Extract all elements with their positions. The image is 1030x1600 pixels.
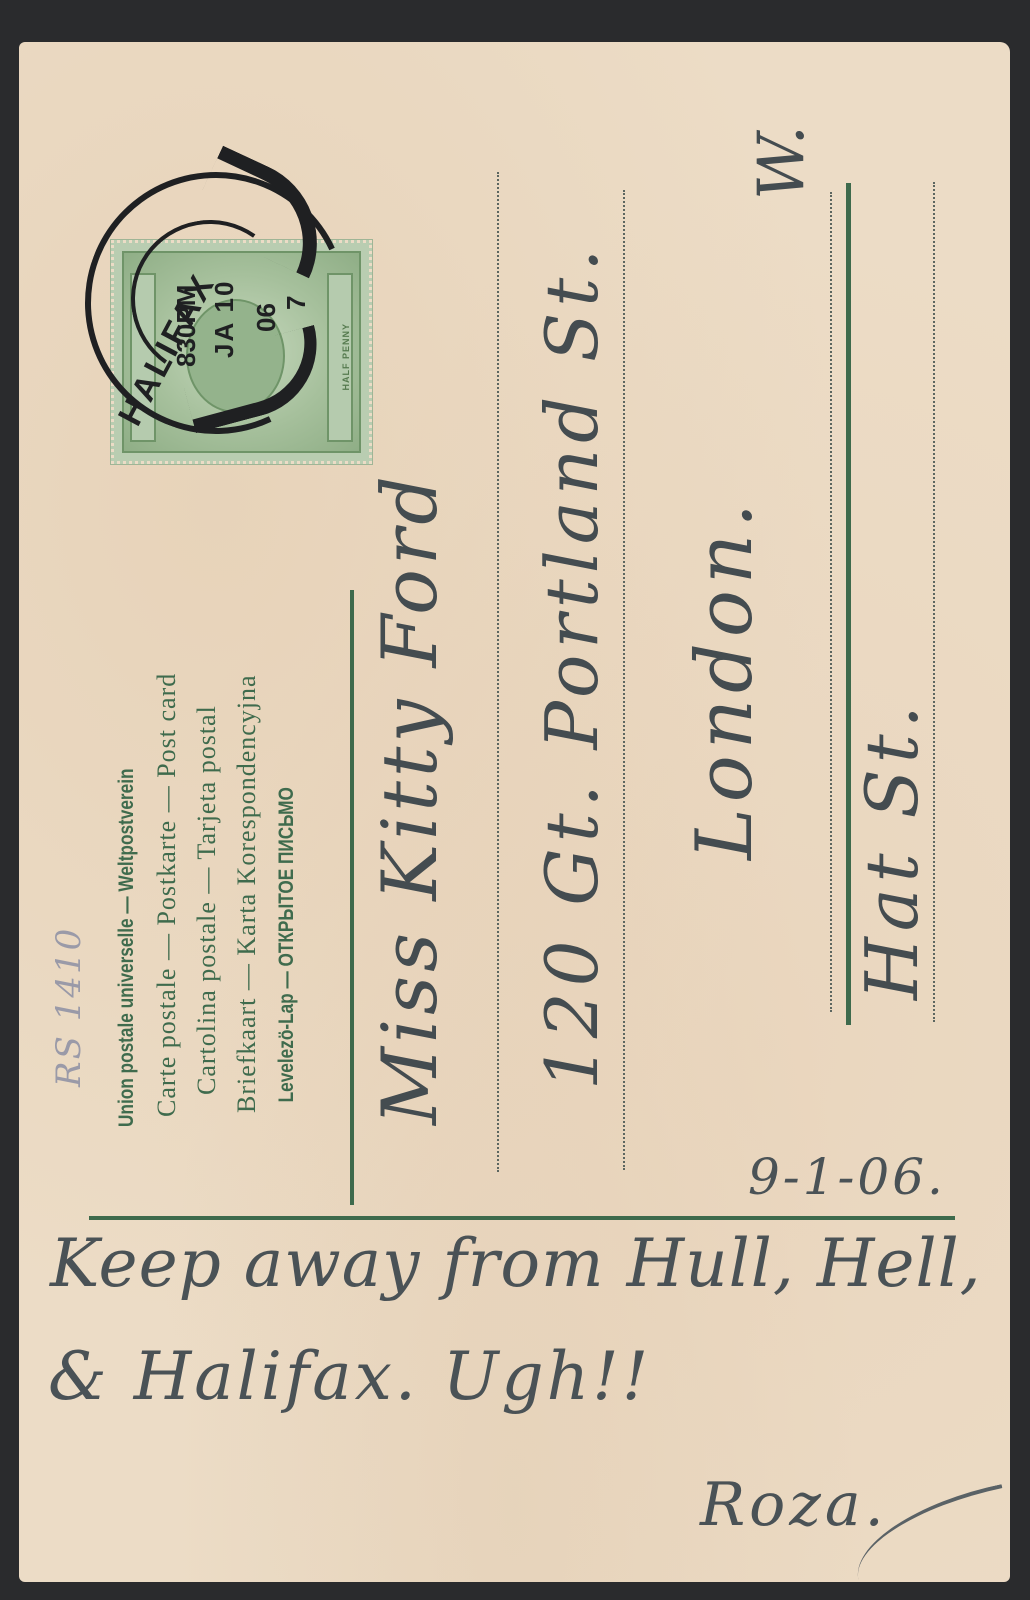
address-line-2: 120 Gt. Portland St. <box>530 243 614 1090</box>
archive-pencil-note: RS 1410 <box>49 927 89 1087</box>
divider-horizontal <box>89 1216 955 1220</box>
address-line-3-rule <box>830 192 832 1012</box>
address-line-1: Miss Kitty Ford <box>365 472 454 1125</box>
postmark-number: 7 <box>281 296 312 310</box>
divider-vertical-left <box>350 590 354 1205</box>
postmark-year: 06 <box>251 303 282 332</box>
printed-line: Levelezö-Lap — ОТКРЫТОЕ ПИСЬМО <box>267 755 307 1127</box>
address-line-3-suffix: W. <box>745 125 819 200</box>
signature: Roza. <box>700 1470 888 1540</box>
postmark-date: JA 10 <box>209 280 240 358</box>
printed-line: Carte postale — Postkarte — Post card <box>147 673 187 1127</box>
address-line-4: Hat St. <box>850 699 934 1000</box>
message-date: 9-1-06. <box>748 1148 946 1206</box>
message-line-2: & Halifax. Ugh!! <box>48 1338 651 1415</box>
address-line-1-rule <box>497 172 499 1172</box>
printed-line: Cartolina postale — Tarjeta postal <box>187 673 227 1127</box>
postmark-time: 830PM <box>171 285 202 367</box>
address-line-2-rule <box>623 190 625 1170</box>
printed-heading: Union postale universelle — Weltpostvere… <box>107 673 307 1127</box>
printed-line: Briefkaart — Karta Korespondencyjna <box>227 673 267 1127</box>
printed-line: Union postale universelle — Weltpostvere… <box>107 755 147 1127</box>
message-line-1: Keep away from Hull, Hell, <box>50 1225 982 1302</box>
address-line-3: London. <box>680 497 770 860</box>
